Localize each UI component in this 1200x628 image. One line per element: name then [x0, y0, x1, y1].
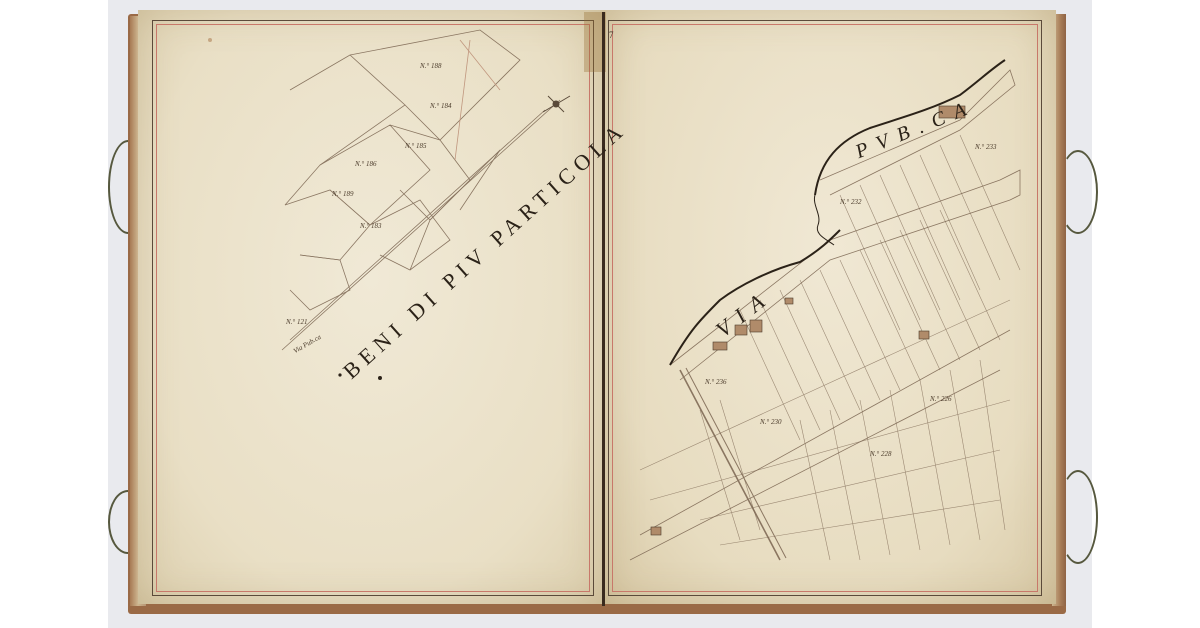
parcel-label: N.° 189	[332, 190, 353, 198]
parcel-label: N.° 185	[405, 142, 426, 150]
parcel-label: N.° 188	[420, 62, 441, 70]
parcel-label: N.° 183	[360, 222, 381, 230]
parcel-label: N.° 226	[930, 395, 951, 403]
parcel-label: N.° 233	[975, 143, 996, 151]
cadastral-map-linework	[0, 0, 1200, 628]
parcel-label: N.° 186	[355, 160, 376, 168]
parcel-label: N.° 184	[430, 102, 451, 110]
parcel-label: N.° 236	[705, 378, 726, 386]
page-number: 7	[609, 30, 614, 40]
parcel-label: N.° 232	[840, 198, 861, 206]
parcel-label: N.° 121	[286, 318, 307, 326]
parcel-label: N.° 228	[870, 450, 891, 458]
parcel-label: N.° 230	[760, 418, 781, 426]
